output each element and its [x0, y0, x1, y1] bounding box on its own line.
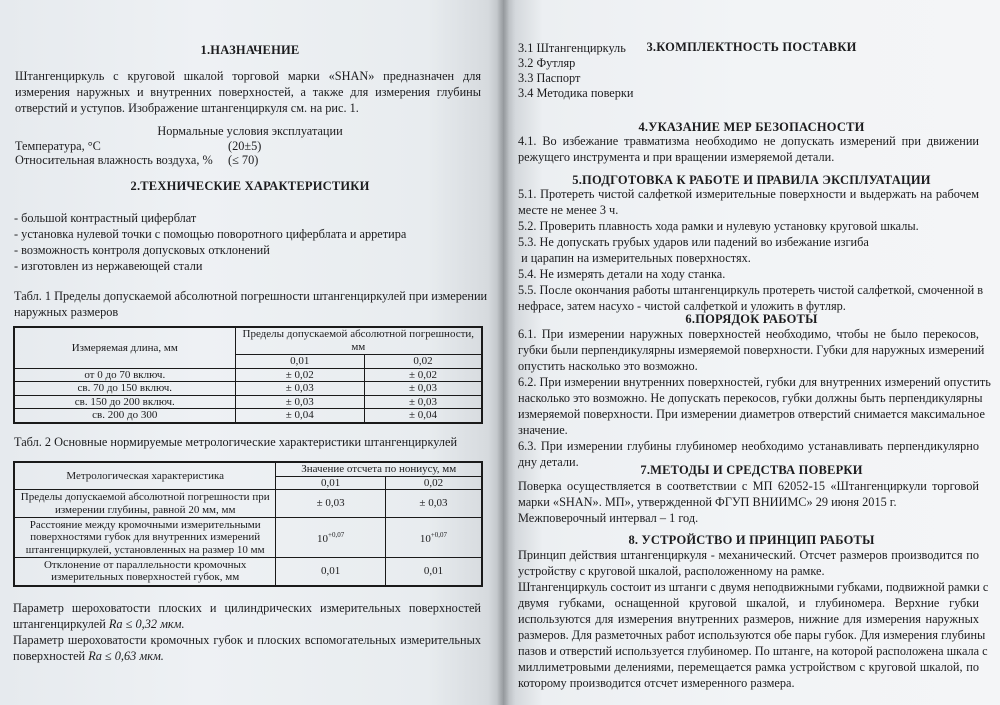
paragraph-line: режущего инструмента и при вращении изме… — [518, 149, 979, 165]
value-base: 10 — [317, 533, 328, 545]
paragraph-line: Штангенциркуль состоит из штанги с двумя… — [518, 579, 979, 595]
table-1-header-group: Пределы допускаемой абсолютной погрешнос… — [235, 327, 482, 354]
table-1-caption-line: Табл. 1 Пределы допускаемой абсолютной п… — [14, 288, 487, 304]
section-2-heading: 2.ТЕХНИЧЕСКИЕ ХАРАКТЕРИСТИКИ — [0, 179, 500, 194]
paragraph-line: 6.3. При измерении глубины глубиномер не… — [518, 438, 979, 454]
paragraph-line: значение. — [518, 422, 979, 438]
table-cell-value: 0,01 — [385, 558, 482, 586]
section-4-text: 4.1. Во избежание травматизма необходимо… — [518, 133, 979, 165]
paragraph-line: Поверка осуществляется в соответствии с … — [518, 478, 979, 494]
table-row: от 0 до 70 включ. ± 0,02 ± 0,02 — [14, 368, 482, 382]
table-cell-characteristic: Расстояние между кромочными измерительны… — [14, 518, 276, 558]
table-cell-range: св. 150 до 200 включ. — [14, 395, 235, 409]
roughness-formula: Ra ≤ 0,32 мкм. — [109, 617, 185, 631]
table-cell-value: ± 0,03 — [364, 382, 482, 396]
table-1-header-length: Измеряемая длина, мм — [14, 327, 235, 368]
paragraph-line: 5.5. После окончания работы штангенцирку… — [518, 282, 979, 298]
section-6-heading: 6.ПОРЯДОК РАБОТЫ — [503, 312, 1000, 327]
paragraph-line: измеряемой поверхности. При измерении ди… — [518, 406, 979, 422]
paragraph-line: измерения наружных и внутренних поверхно… — [15, 84, 481, 100]
paragraph-line: 6.2. При измерении внутренних поверхност… — [518, 374, 979, 390]
paragraph-line: марки «SHAN». МП», утвержденной ФГУП ВНИ… — [518, 494, 979, 510]
table-1: Измеряемая длина, мм Пределы допускаемой… — [13, 326, 483, 424]
section-8-text: Принцип действия штангенциркуля - механи… — [518, 547, 979, 691]
condition-humidity-value: (≤ 70) — [228, 152, 258, 168]
table-cell-characteristic: Отклонение от параллельности кромочных и… — [14, 558, 276, 586]
feature-item: - большой контрастный циферблат — [14, 210, 196, 226]
table-1-header-group-line: мм — [351, 341, 365, 353]
paragraph-line: 5.1. Протереть чистой салфеткой измерите… — [518, 186, 979, 202]
paragraph-line: устройству с круговой шкалой, расположен… — [518, 563, 979, 579]
cell-line: измерительных поверхностей губок, мм — [51, 571, 239, 583]
section-6-text: 6.1. При измерении наружных поверхностей… — [518, 326, 979, 470]
table-2-subheader: 0,02 — [385, 476, 482, 490]
paragraph-line: двумя губками, оснащенной круговой шкало… — [518, 595, 979, 611]
roughness-paragraph-1: Параметр шероховатости плоских и цилиндр… — [13, 600, 481, 632]
table-cell-range: св. 70 до 150 включ. — [14, 382, 235, 396]
conditions-title: Нормальные условия эксплуатации — [0, 123, 500, 139]
table-row: Отклонение от параллельности кромочных и… — [14, 558, 482, 586]
text: штангенциркулей — [13, 617, 109, 631]
paragraph-line: которому производится отсчет измеренного… — [518, 675, 979, 691]
table-1-subheader: 0,02 — [364, 354, 482, 368]
paragraph-line: насколько это возможно. Не допускать пер… — [518, 390, 979, 406]
cell-line: Расстояние между кромочными измерительны… — [30, 519, 261, 531]
kit-item: 3.3 Паспорт — [518, 70, 580, 86]
table-row: св. 200 до 300 ± 0,04 ± 0,04 — [14, 409, 482, 423]
paragraph-line: отверстий и уступов. Изображение штанген… — [15, 100, 481, 116]
kit-item: 3.4 Методика поверки — [518, 85, 633, 101]
paragraph-line: месте не менее 3 ч. — [518, 202, 979, 218]
table-cell-value: ± 0,03 — [364, 395, 482, 409]
feature-item: - установка нулевой точки с помощью пово… — [14, 226, 406, 242]
section-5-text: 5.1. Протереть чистой салфеткой измерите… — [518, 186, 979, 314]
paragraph-line: миллиметровыми делениями, перемещается р… — [518, 659, 979, 675]
table-1-header-group-line: Пределы допускаемой абсолютной погрешнос… — [243, 328, 475, 340]
paragraph-line: поверхностей Ra ≤ 0,63 мкм. — [13, 648, 481, 664]
table-cell-value: ± 0,03 — [235, 395, 364, 409]
paragraph-line: штангенциркулей Ra ≤ 0,32 мкм. — [13, 616, 481, 632]
document-spread: 1.НАЗНАЧЕНИЕ Штангенциркуль с круговой ш… — [0, 0, 1000, 705]
table-cell-value: ± 0,02 — [235, 368, 364, 382]
table-cell-range: от 0 до 70 включ. — [14, 368, 235, 382]
kit-item: 3.1 Штангенциркуль — [518, 40, 626, 56]
paragraph-line: используются для измерения внутренних ра… — [518, 611, 979, 627]
table-cell-characteristic: Пределы допускаемой абсолютной погрешнос… — [14, 490, 276, 518]
table-row: св. 70 до 150 включ. ± 0,03 ± 0,03 — [14, 382, 482, 396]
table-2-subheader: 0,01 — [276, 476, 386, 490]
condition-humidity-label: Относительная влажность воздуха, % — [15, 152, 213, 168]
value-tolerance: +0,07 — [431, 531, 447, 539]
section-8-heading: 8. УСТРОЙСТВО И ПРИНЦИП РАБОТЫ — [503, 533, 1000, 548]
paragraph-line: Параметр шероховатости плоских и цилиндр… — [13, 600, 481, 616]
table-cell-value: 0,01 — [276, 558, 386, 586]
cell-line: поверхностями губок для внутренних измер… — [30, 531, 260, 543]
right-page: 3.КОМПЛЕКТНОСТЬ ПОСТАВКИ 3.1 Штангенцирк… — [503, 0, 1000, 705]
paragraph-line: пазов и отверстий используется глубиноме… — [518, 643, 979, 659]
paragraph-line: губки были перпендикулярны измеряемой по… — [518, 342, 979, 358]
table-2-header-group: Значение отсчета по нониусу, мм — [276, 462, 482, 476]
table-cell-value: ± 0,02 — [364, 368, 482, 382]
paragraph-line: Принцип действия штангенциркуля - механи… — [518, 547, 979, 563]
roughness-formula: Ra ≤ 0,63 мкм. — [88, 649, 164, 663]
cell-line: штангенциркулей, установленных на размер… — [26, 544, 265, 556]
table-row: Расстояние между кромочными измерительны… — [14, 518, 482, 558]
paragraph-line: 5.2. Проверить плавность хода рамки и ну… — [518, 218, 979, 234]
section-7-text: Поверка осуществляется в соответствии с … — [518, 478, 979, 526]
paragraph-line: Штангенциркуль с круговой шкалой торгово… — [15, 68, 481, 84]
page-fold — [497, 0, 509, 705]
section-1-heading: 1.НАЗНАЧЕНИЕ — [0, 43, 500, 58]
paragraph-line: и царапин на измерительных поверхностях. — [518, 250, 979, 266]
table-cell-value: ± 0,03 — [235, 382, 364, 396]
left-page: 1.НАЗНАЧЕНИЕ Штангенциркуль с круговой ш… — [0, 0, 503, 705]
table-2-caption: Табл. 2 Основные нормируемые метрологиче… — [14, 434, 457, 450]
table-1-caption-line: наружных размеров — [14, 304, 118, 320]
table-cell-value: 10+0,07 — [276, 518, 386, 558]
feature-item: - изготовлен из нержавеющей стали — [14, 258, 202, 274]
paragraph-line: Параметр шероховатости кромочных губок и… — [13, 632, 481, 648]
table-2-header-characteristic: Метрологическая характеристика — [14, 462, 276, 490]
cell-line: Отклонение от параллельности кромочных — [44, 559, 246, 571]
table-row: Пределы допускаемой абсолютной погрешнос… — [14, 490, 482, 518]
table-cell-value: 10+0,07 — [385, 518, 482, 558]
section-1-paragraph: Штангенциркуль с круговой шкалой торгово… — [15, 68, 481, 116]
table-1-subheader: 0,01 — [235, 354, 364, 368]
section-7-heading: 7.МЕТОДЫ И СРЕДСТВА ПОВЕРКИ — [503, 463, 1000, 478]
text: поверхностей — [13, 649, 88, 663]
paragraph-line: размеров. Для разметочных работ использу… — [518, 627, 979, 643]
paragraph-line: 4.1. Во избежание травматизма необходимо… — [518, 133, 979, 149]
table-row: св. 150 до 200 включ. ± 0,03 ± 0,03 — [14, 395, 482, 409]
table-cell-range: св. 200 до 300 — [14, 409, 235, 423]
table-cell-value: ± 0,03 — [276, 490, 386, 518]
table-2: Метрологическая характеристика Значение … — [13, 461, 483, 587]
cell-line: Пределы допускаемой абсолютной погрешнос… — [21, 491, 270, 503]
kit-item: 3.2 Футляр — [518, 55, 575, 71]
roughness-paragraph-2: Параметр шероховатости кромочных губок и… — [13, 632, 481, 664]
table-cell-value: ± 0,04 — [364, 409, 482, 423]
paragraph-line: Межповерочный интервал – 1 год. — [518, 510, 979, 526]
paragraph-line: опустить насколько это возможно. — [518, 358, 979, 374]
paragraph-line: 6.1. При измерении наружных поверхностей… — [518, 326, 979, 342]
table-cell-value: ± 0,03 — [385, 490, 482, 518]
paragraph-line: 5.3. Не допускать грубых ударов или паде… — [518, 234, 979, 250]
paragraph-line: 5.4. Не измерять детали на ходу станка. — [518, 266, 979, 282]
value-tolerance: +0,07 — [328, 531, 344, 539]
cell-line: измерении глубины, равной 20 мм, мм — [55, 504, 235, 516]
table-cell-value: ± 0,04 — [235, 409, 364, 423]
feature-item: - возможность контроля допусковых отклон… — [14, 242, 270, 258]
value-base: 10 — [420, 533, 431, 545]
